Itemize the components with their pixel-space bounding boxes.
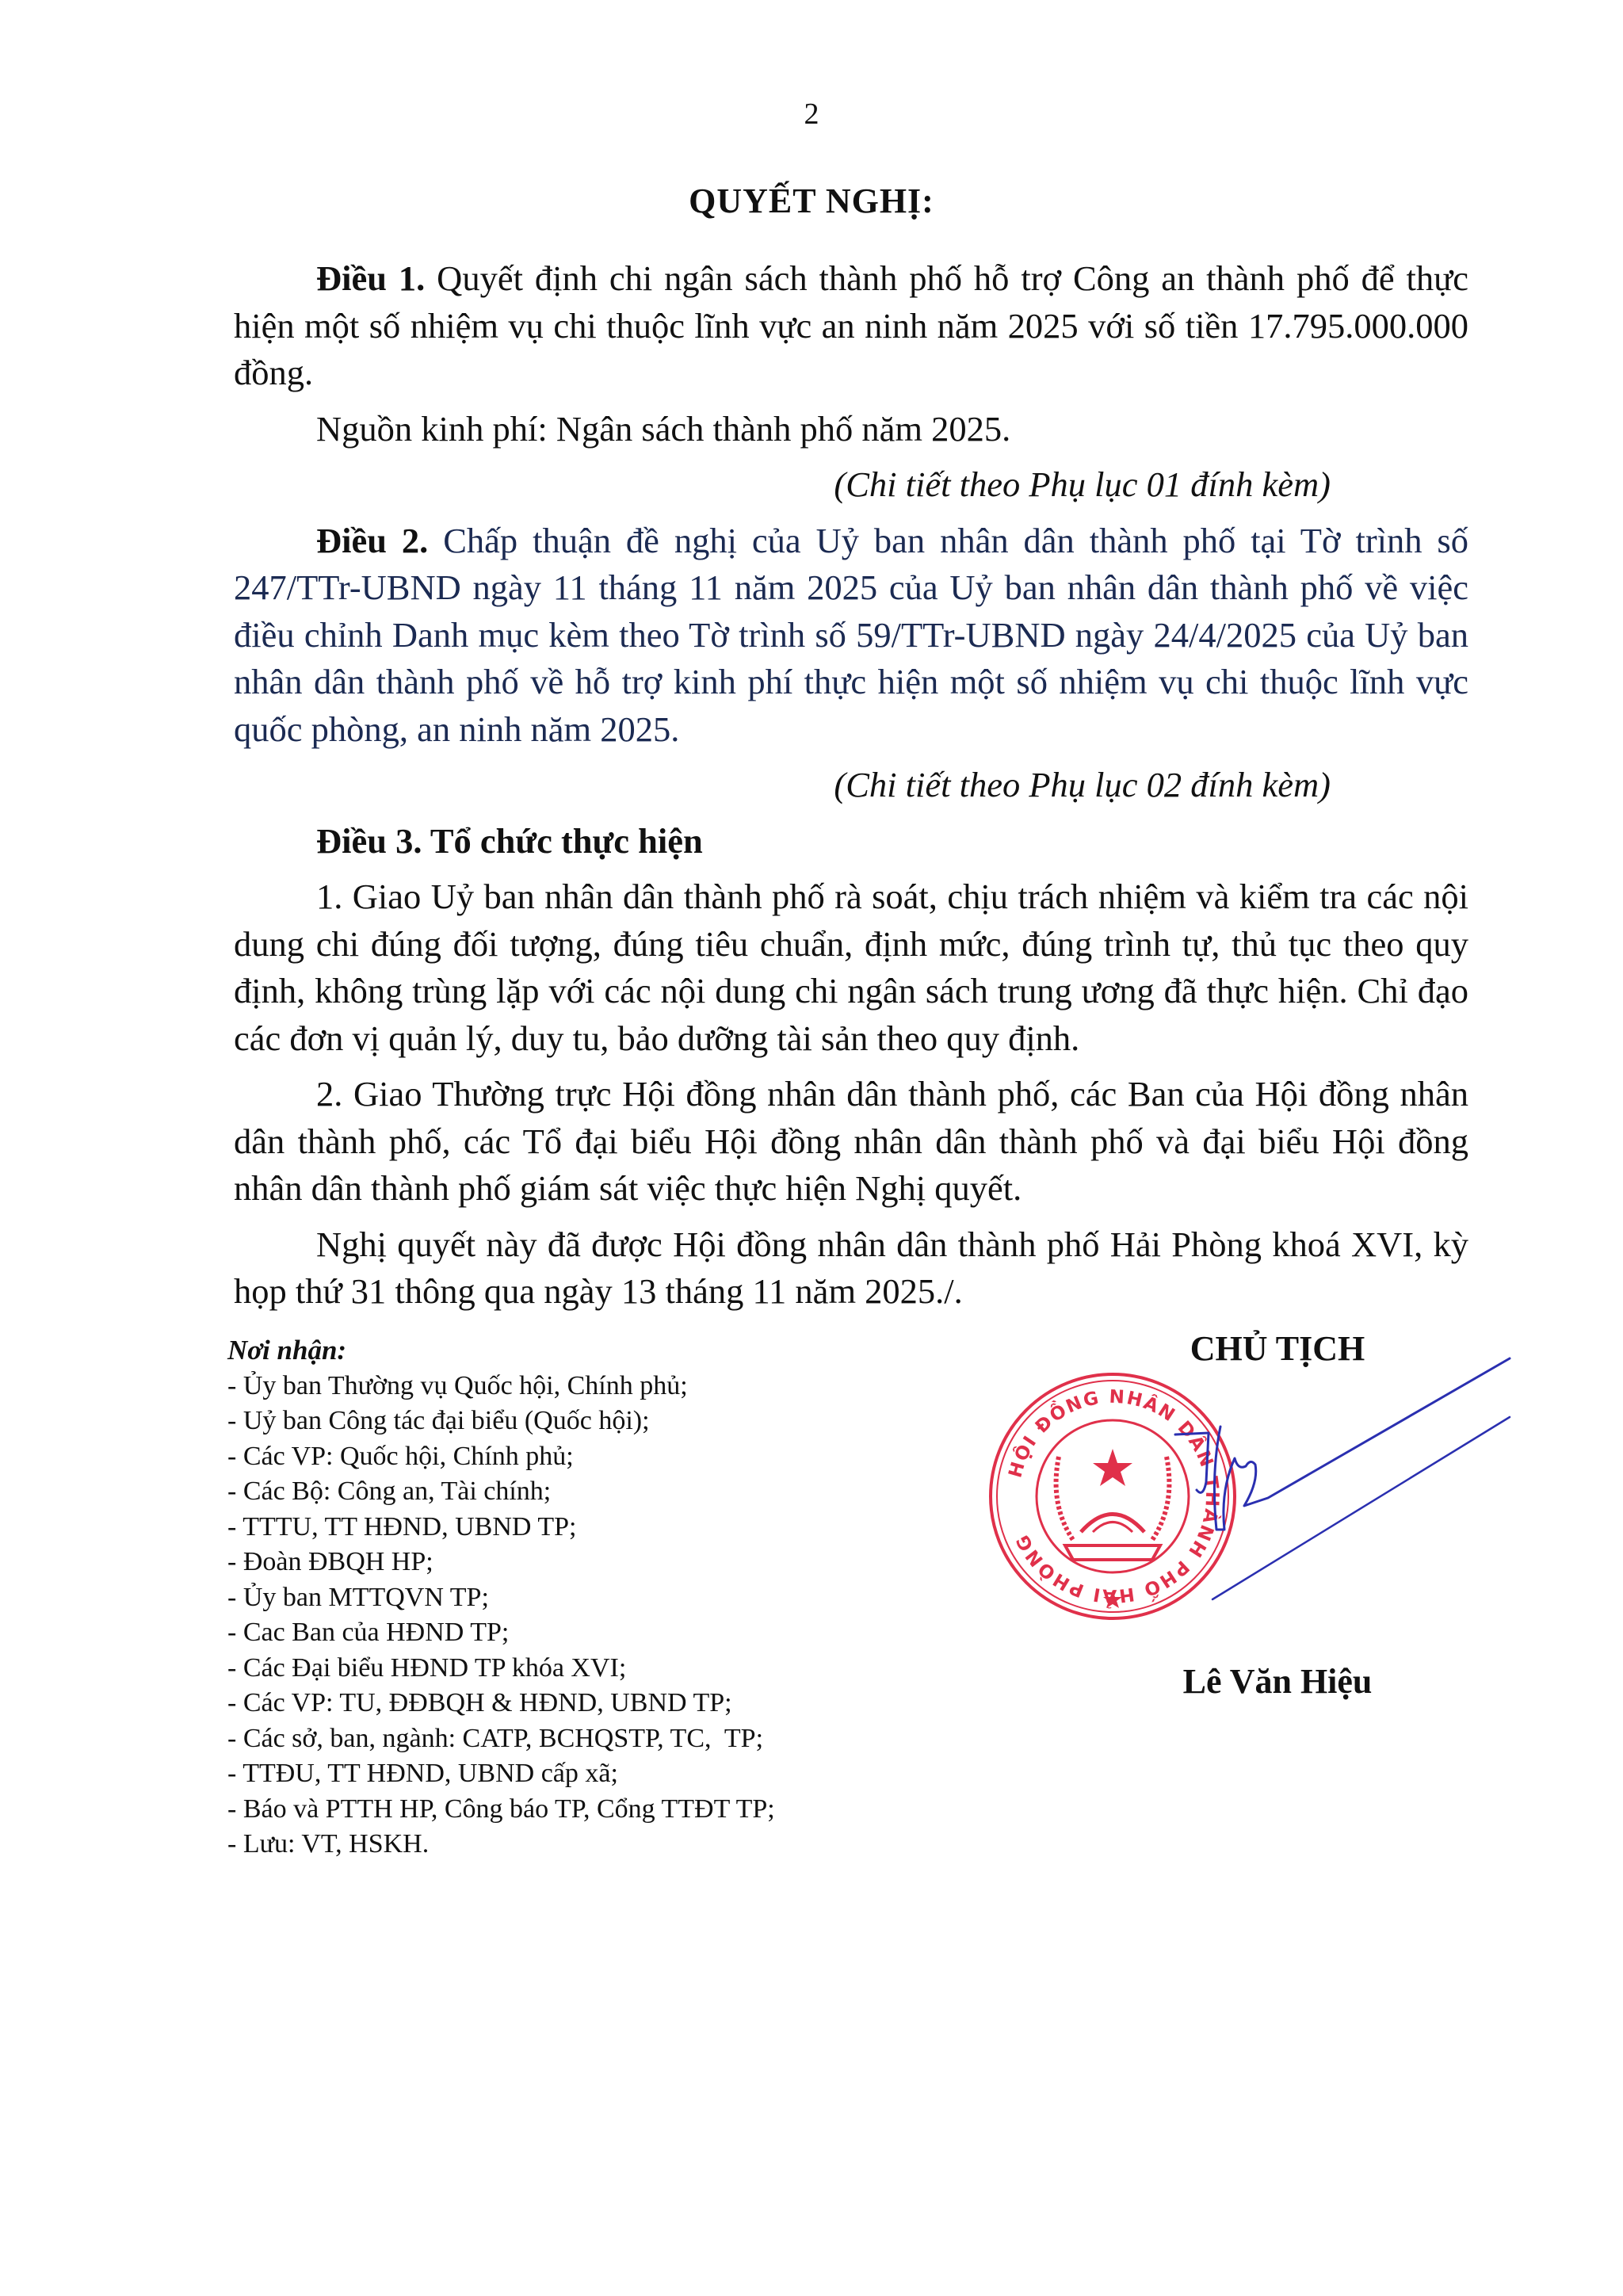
recipient-item: - Các Bộ: Công an, Tài chính; bbox=[227, 1474, 941, 1510]
article-3-item-2: 2. Giao Thường trực Hội đồng nhân dân th… bbox=[234, 1071, 1468, 1213]
recipient-item: - Ủy ban Thường vụ Quốc hội, Chính phủ; bbox=[227, 1369, 941, 1404]
recipient-item: - Đoàn ĐBQH HP; bbox=[227, 1545, 941, 1580]
article-1-funding: Nguồn kinh phí: Ngân sách thành phố năm … bbox=[234, 406, 1468, 453]
article-2: Điều 2. Chấp thuận đề nghị của Uỷ ban nh… bbox=[234, 518, 1468, 754]
recipient-item: - Uỷ ban Công tác đại biểu (Quốc hội); bbox=[227, 1404, 941, 1439]
closing-statement: Nghị quyết này đã được Hội đồng nhân dân… bbox=[234, 1221, 1468, 1316]
recipient-item: - Cac Ban của HĐND TP; bbox=[227, 1615, 941, 1651]
article-1-label: Điều 1. bbox=[316, 258, 425, 298]
recipient-item: - Lưu: VT, HSKH. bbox=[227, 1827, 941, 1862]
handwritten-signature-icon bbox=[1109, 1347, 1537, 1633]
recipient-item: - Ủy ban MTTQVN TP; bbox=[227, 1580, 941, 1616]
recipients-label: Nơi nhận: bbox=[227, 1333, 941, 1369]
page-title: QUYẾT NGHỊ: bbox=[0, 181, 1623, 222]
article-3-heading: Điều 3. Tổ chức thực hiện bbox=[234, 818, 1468, 865]
article-2-label: Điều 2. bbox=[316, 521, 428, 560]
recipient-item: - Các VP: TU, ĐĐBQH & HĐND, UBND TP; bbox=[227, 1686, 941, 1721]
recipient-item: - Các sở, ban, ngành: CATP, BCHQSTP, TC,… bbox=[227, 1721, 941, 1757]
article-2-appendix-note: (Chi tiết theo Phụ lục 02 đính kèm) bbox=[234, 762, 1468, 809]
recipient-item: - TTĐU, TT HĐND, UBND cấp xã; bbox=[227, 1756, 941, 1792]
resolution-body: Điều 1. Quyết định chi ngân sách thành p… bbox=[234, 255, 1468, 1324]
page-number: 2 bbox=[0, 97, 1623, 132]
article-1-appendix-note: (Chi tiết theo Phụ lục 01 đính kèm) bbox=[234, 461, 1468, 509]
recipient-item: - Các Đại biểu HĐND TP khóa XVI; bbox=[227, 1651, 941, 1687]
signer-name: Lê Văn Hiệu bbox=[1119, 1661, 1436, 1702]
article-3-item-1: 1. Giao Uỷ ban nhân dân thành phố rà soá… bbox=[234, 873, 1468, 1062]
article-1: Điều 1. Quyết định chi ngân sách thành p… bbox=[234, 255, 1468, 397]
recipients-list: Nơi nhận: - Ủy ban Thường vụ Quốc hội, C… bbox=[227, 1333, 941, 1862]
recipient-item: - TTTU, TT HĐND, UBND TP; bbox=[227, 1510, 941, 1545]
recipient-item: - Báo và PTTH HP, Công báo TP, Cổng TTĐT… bbox=[227, 1792, 941, 1828]
recipient-item: - Các VP: Quốc hội, Chính phủ; bbox=[227, 1439, 941, 1475]
